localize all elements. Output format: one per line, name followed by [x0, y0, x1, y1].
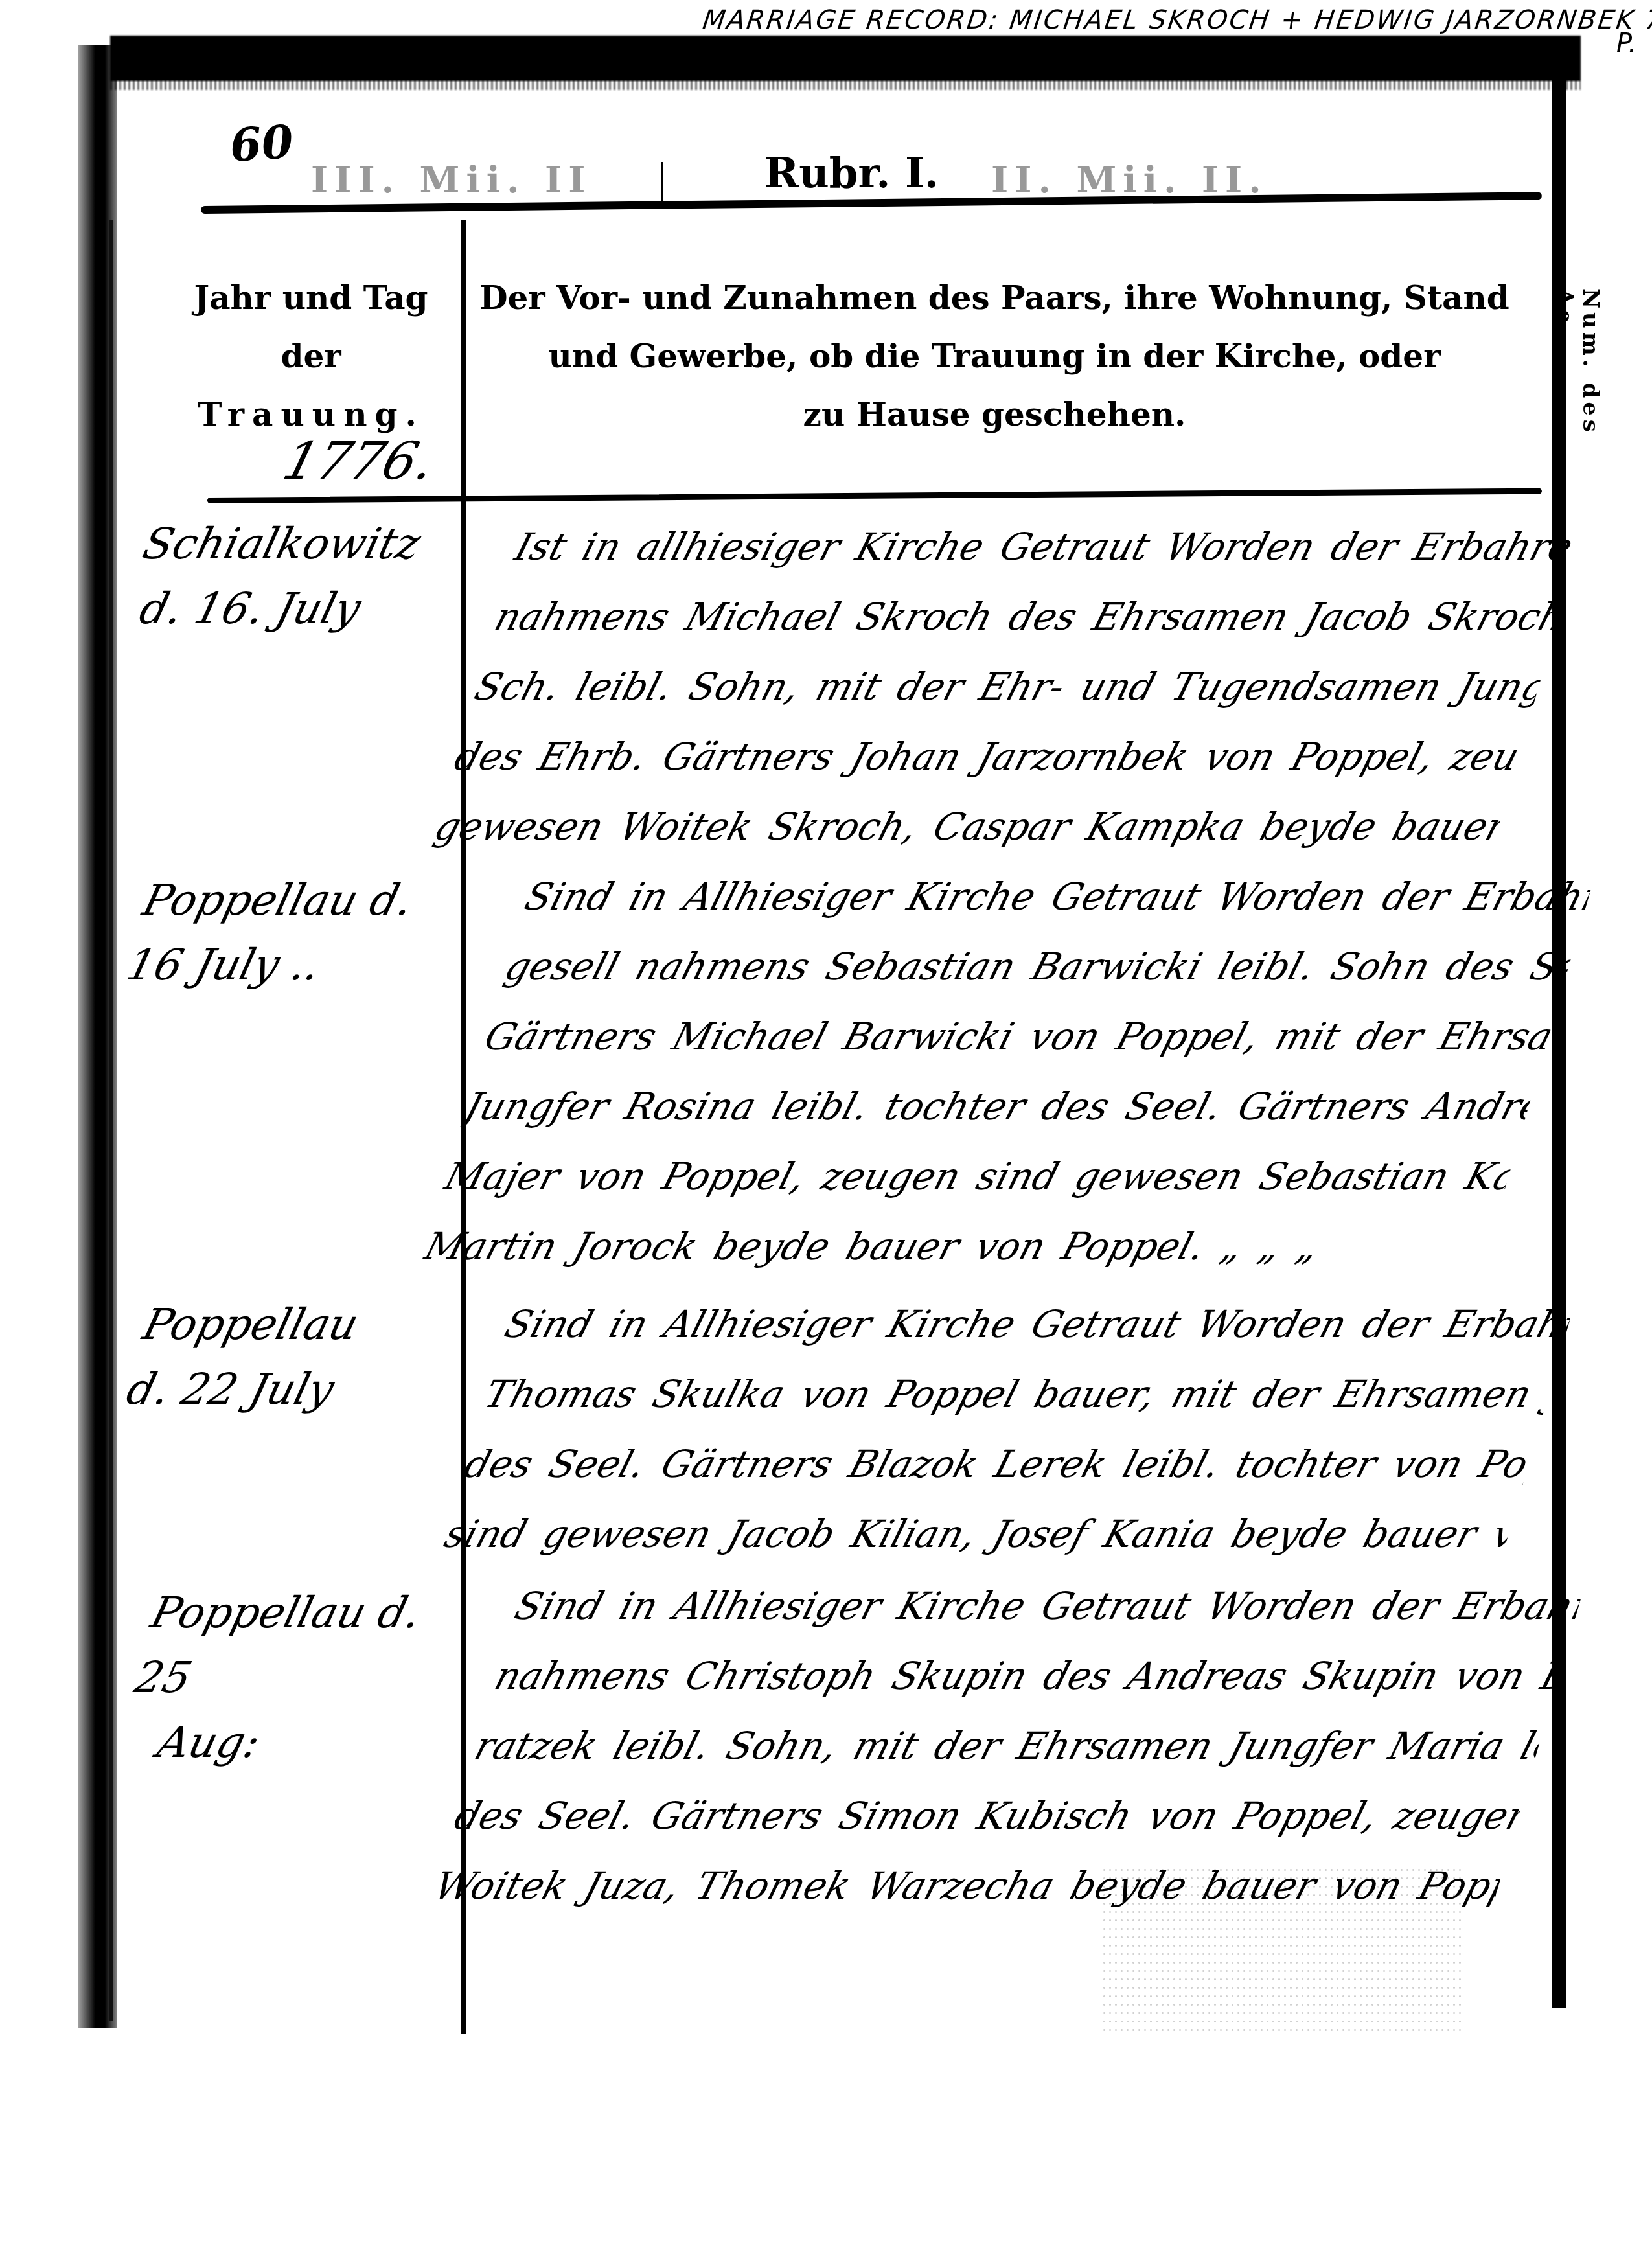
- entry-place: Poppellau d.: [136, 868, 463, 933]
- entry-line: nahmens Christoph Skupin des Andreas Sku…: [486, 1641, 1568, 1711]
- entry-line: Sind in Allhiesiger Kirche Getraut Worde…: [516, 862, 1599, 932]
- entry-day: d. 16. July: [120, 577, 447, 641]
- entry-date: Poppellau d. 22 July: [120, 1292, 463, 1422]
- entry-line: des Seel. Gärtners Blazok Lerek leibl. t…: [456, 1429, 1539, 1499]
- scan-shadow-top: [110, 36, 1581, 81]
- entry-line: gewesen Woitek Skroch, Caspar Kampka bey…: [426, 792, 1509, 862]
- column-header-couple-line3: zu Hause geschehen.: [466, 385, 1522, 444]
- entry-line: sind gewesen Jacob Kilian, Josef Kania b…: [436, 1499, 1519, 1569]
- page-number: 60: [228, 115, 295, 173]
- left-margin-rule: [109, 220, 113, 2021]
- column-header-number: Num. des Ae: [1558, 288, 1603, 444]
- entry-date: Schialkowitz d. 16. July: [120, 512, 463, 641]
- rubric-separator: [661, 162, 663, 207]
- entry-line: Martin Jorock beyde bauer von Poppel. „ …: [416, 1211, 1498, 1281]
- entry-day: Aug:: [112, 1710, 439, 1775]
- entry-line: Gärtners Michael Barwicki von Poppel, mi…: [476, 1002, 1559, 1071]
- entry-record: Ist in allhiesiger Kirche Getraut Worden…: [426, 512, 1589, 862]
- entry-place: Schialkowitz: [136, 512, 463, 577]
- entry-date: Poppellau d. 25 Aug:: [112, 1581, 472, 1775]
- entry-day: d. 22 July: [120, 1357, 447, 1422]
- column-header-date-line2: der: [175, 327, 447, 385]
- entry-place: Poppellau: [136, 1292, 463, 1357]
- entry-line: des Ehrb. Gärtners Johan Jarzornbek von …: [446, 722, 1529, 792]
- entry-line: Ist in allhiesiger Kirche Getraut Worden…: [506, 512, 1589, 582]
- entry-line: Majer von Poppel, zeugen sind gewesen Se…: [436, 1141, 1519, 1211]
- entry-record: Sind in Allhiesiger Kirche Getraut Worde…: [436, 1289, 1579, 1569]
- column-header-couple: Der Vor- und Zunahmen des Paars, ihre Wo…: [466, 269, 1522, 444]
- register-year: 1776.: [277, 431, 442, 491]
- entry-record: Sind in Allhiesiger Kirche Getraut Worde…: [416, 862, 1599, 1281]
- column-header-date: Jahr und Tag der Trauung.: [175, 269, 447, 444]
- entry-line: Sind in Allhiesiger Kirche Getraut Worde…: [506, 1571, 1589, 1641]
- entry-day: 16 July ..: [120, 933, 447, 998]
- rubric-title: Rubr. I.: [764, 149, 939, 198]
- entry-line: Thomas Skulka von Poppel bauer, mit der …: [476, 1359, 1559, 1429]
- column-header-couple-line1: Der Vor- und Zunahmen des Paars, ihre Wo…: [466, 269, 1522, 327]
- entry-line: Sind in Allhiesiger Kirche Getraut Worde…: [496, 1289, 1579, 1359]
- scan-noise: [1101, 1866, 1464, 2034]
- column-header-couple-line2: und Gewerbe, ob die Trauung in der Kirch…: [466, 327, 1522, 385]
- entry-line: ratzek leibl. Sohn, mit der Ehrsamen Jun…: [466, 1711, 1549, 1781]
- entry-line: gesell nahmens Sebastian Barwicki leibl.…: [496, 932, 1579, 1002]
- entry-place: Poppellau d. 25: [128, 1581, 472, 1710]
- entry-date: Poppellau d. 16 July ..: [120, 868, 463, 998]
- handwritten-annotation: MARRIAGE RECORD: MICHAEL SKROCH + HEDWIG…: [701, 5, 1652, 35]
- annotation-page-suffix: P.: [1616, 29, 1636, 58]
- entry-line: Jungfer Rosina leibl. tochter des Seel. …: [456, 1071, 1539, 1141]
- entry-line: Sch. leibl. Sohn, mit der Ehr- und Tugen…: [466, 652, 1549, 722]
- entry-line: nahmens Michael Skroch des Ehrsamen Jaco…: [486, 582, 1568, 652]
- entry-line: des Seel. Gärtners Simon Kubisch von Pop…: [446, 1781, 1529, 1851]
- column-header-date-line1: Jahr und Tag: [175, 269, 447, 327]
- rubric-faint-left: III. Mii. II: [311, 159, 592, 201]
